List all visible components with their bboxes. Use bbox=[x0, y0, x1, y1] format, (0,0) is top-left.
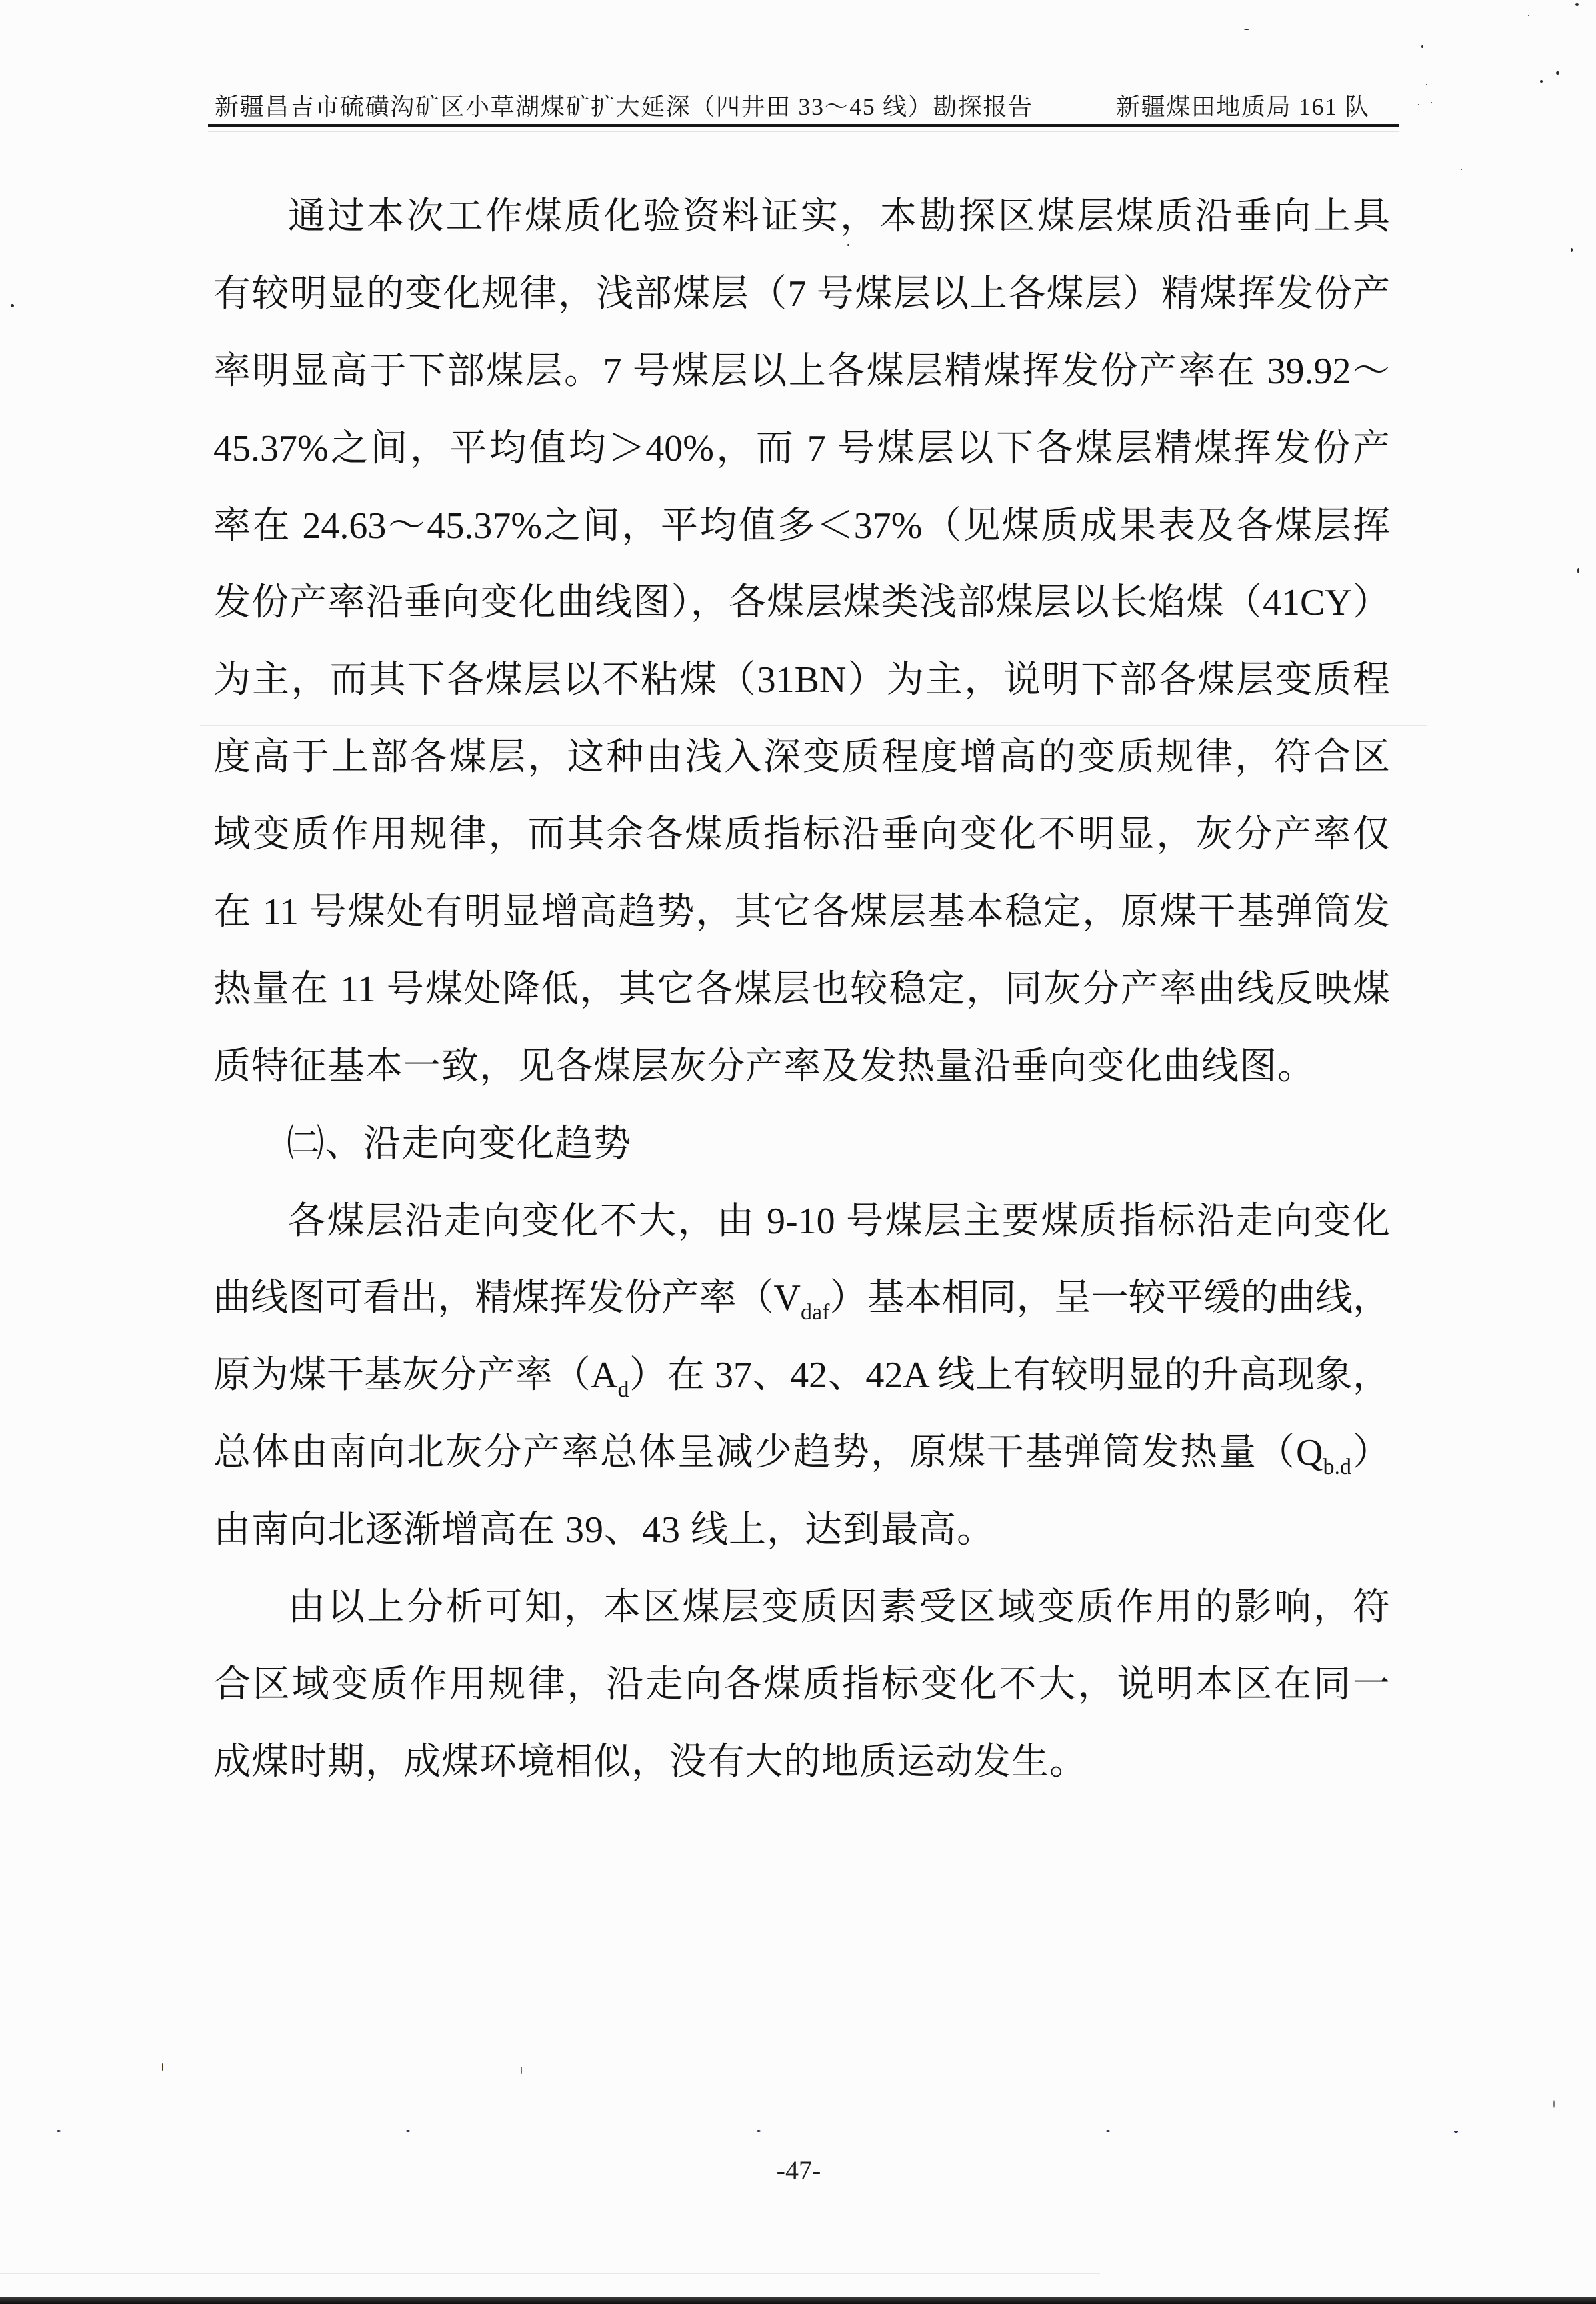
scan-speck bbox=[1454, 2131, 1458, 2133]
scan-speck bbox=[757, 2130, 761, 2132]
text-line: 成煤时期，成煤环境相似，没有大的地质运动发生。 bbox=[213, 1724, 1390, 1801]
text-line: 发份产率沿垂向变化曲线图），各煤层煤类浅部煤层以长焰煤（41CY） bbox=[213, 565, 1390, 642]
subscript-daf: daf bbox=[801, 1300, 829, 1325]
paragraph-strike-variation: 各煤层沿走向变化不大，由 9-10 号煤层主要煤质指标沿走向变化 曲线图可看出，… bbox=[213, 1183, 1390, 1569]
text-line: 有较明显的变化规律，浅部煤层（7 号煤层以上各煤层）精煤挥发份产 bbox=[213, 256, 1390, 333]
paragraph-conclusion: 由以上分析可知，本区煤层变质因素受区域变质作用的影响，符 合区域变质作用规律，沿… bbox=[213, 1569, 1390, 1801]
subscript-d: d bbox=[618, 1377, 629, 1402]
text-line: 45.37%之间，平均值均＞40%，而 7 号煤层以下各煤层精煤挥发份产 bbox=[213, 411, 1390, 488]
scan-speck bbox=[1528, 15, 1529, 16]
text-line: 率在 24.63～45.37%之间，平均值多＜37%（见煤质成果表及各煤层挥 bbox=[213, 488, 1390, 565]
running-header-organization: 新疆煤田地质局 161 队 bbox=[1116, 93, 1370, 121]
scan-streak bbox=[213, 931, 1400, 931]
text-line: 由南向北逐渐增高在 39、43 线上，达到最高。 bbox=[213, 1492, 1390, 1569]
text-segment: 原为煤干基灰分产率（A bbox=[213, 1355, 618, 1396]
text-line: 合区域变质作用规律，沿走向各煤质指标变化不大，说明本区在同一 bbox=[213, 1647, 1390, 1724]
text-segment: ）在 37、42、42A 线上有较明显的升高现象， bbox=[629, 1355, 1390, 1396]
text-line-with-subscript: 总体由南向北灰分产率总体呈减少趋势，原煤干基弹筒发热量（Qb.d） bbox=[213, 1415, 1390, 1492]
text-segment: 曲线图可看出，精煤挥发份产率（V bbox=[213, 1277, 801, 1319]
text-line: 率明显高于下部煤层。7 号煤层以上各煤层精煤挥发份产率在 39.92～ bbox=[213, 333, 1390, 411]
section-heading: ㈡、沿走向变化趋势 bbox=[213, 1106, 1390, 1183]
scan-speck bbox=[1575, 3, 1579, 6]
subscript-bd: b.d bbox=[1323, 1455, 1352, 1479]
running-header-report-title: 新疆昌吉市硫磺沟矿区小草湖煤矿扩大延深（四井田 33～45 线）勘探报告 bbox=[215, 93, 1033, 121]
text-segment: ）基本相同，呈一较平缓的曲线， bbox=[829, 1277, 1390, 1319]
scan-speck bbox=[57, 2130, 61, 2132]
scan-streak bbox=[0, 2273, 1100, 2274]
page-body: 通过本次工作煤质化验资料证实，本勘探区煤层煤质沿垂向上具 有较明显的变化规律，浅… bbox=[213, 179, 1390, 1801]
text-line: 由以上分析可知，本区煤层变质因素受区域变质作用的影响，符 bbox=[213, 1569, 1390, 1647]
paragraph-vertical-variation: 通过本次工作煤质化验资料证实，本勘探区煤层煤质沿垂向上具 有较明显的变化规律，浅… bbox=[213, 179, 1390, 1106]
scan-streak bbox=[200, 725, 1427, 726]
scan-speck bbox=[1461, 169, 1462, 170]
scan-speck bbox=[162, 2063, 163, 2071]
text-line: 在 11 号煤处有明显增高趋势，其它各煤层基本稳定，原煤干基弹筒发 bbox=[213, 874, 1390, 951]
text-segment: 总体由南向北灰分产率总体呈减少趋势，原煤干基弹筒发热量（Q bbox=[213, 1432, 1323, 1473]
text-line: 质特征基本一致，见各煤层灰分产率及发热量沿垂向变化曲线图。 bbox=[213, 1029, 1390, 1106]
header-rule bbox=[208, 124, 1399, 127]
text-line: 域变质作用规律，而其余各煤质指标沿垂向变化不明显，灰分产率仅 bbox=[213, 797, 1390, 874]
scan-speck bbox=[1426, 84, 1427, 85]
scan-speck bbox=[1577, 568, 1579, 573]
scan-speck bbox=[521, 2067, 522, 2074]
text-line: 为主，而其下各煤层以不粘煤（31BN）为主，说明下部各煤层变质程 bbox=[213, 642, 1390, 719]
scan-speck bbox=[847, 244, 849, 246]
scan-edge-shadow bbox=[0, 2297, 1596, 2304]
scan-speck bbox=[1106, 2130, 1110, 2132]
scan-speck bbox=[1553, 2100, 1555, 2108]
page-number: -47- bbox=[732, 2156, 865, 2185]
scan-speck bbox=[1540, 80, 1543, 83]
text-line: 各煤层沿走向变化不大，由 9-10 号煤层主要煤质指标沿走向变化 bbox=[213, 1183, 1390, 1261]
text-line-with-subscript: 原为煤干基灰分产率（Ad）在 37、42、42A 线上有较明显的升高现象， bbox=[213, 1337, 1390, 1415]
text-line: 度高于上部各煤层，这种由浅入深变质程度增高的变质规律，符合区 bbox=[213, 719, 1390, 797]
header-rule-shadow bbox=[208, 131, 1399, 132]
text-line: 通过本次工作煤质化验资料证实，本勘探区煤层煤质沿垂向上具 bbox=[213, 179, 1390, 256]
scan-speck bbox=[11, 304, 14, 307]
scan-speck bbox=[1244, 29, 1249, 30]
text-line: 热量在 11 号煤处降低，其它各煤层也较稳定，同灰分产率曲线反映煤 bbox=[213, 951, 1390, 1029]
scan-speck bbox=[1571, 248, 1573, 252]
text-segment: ） bbox=[1351, 1432, 1390, 1473]
scan-speck bbox=[1431, 102, 1432, 103]
scan-speck bbox=[1421, 45, 1423, 48]
scan-speck bbox=[1556, 71, 1559, 75]
scan-speck bbox=[1418, 104, 1419, 105]
text-line-with-subscript: 曲线图可看出，精煤挥发份产率（Vdaf）基本相同，呈一较平缓的曲线， bbox=[213, 1260, 1390, 1337]
scan-speck bbox=[406, 2130, 410, 2132]
